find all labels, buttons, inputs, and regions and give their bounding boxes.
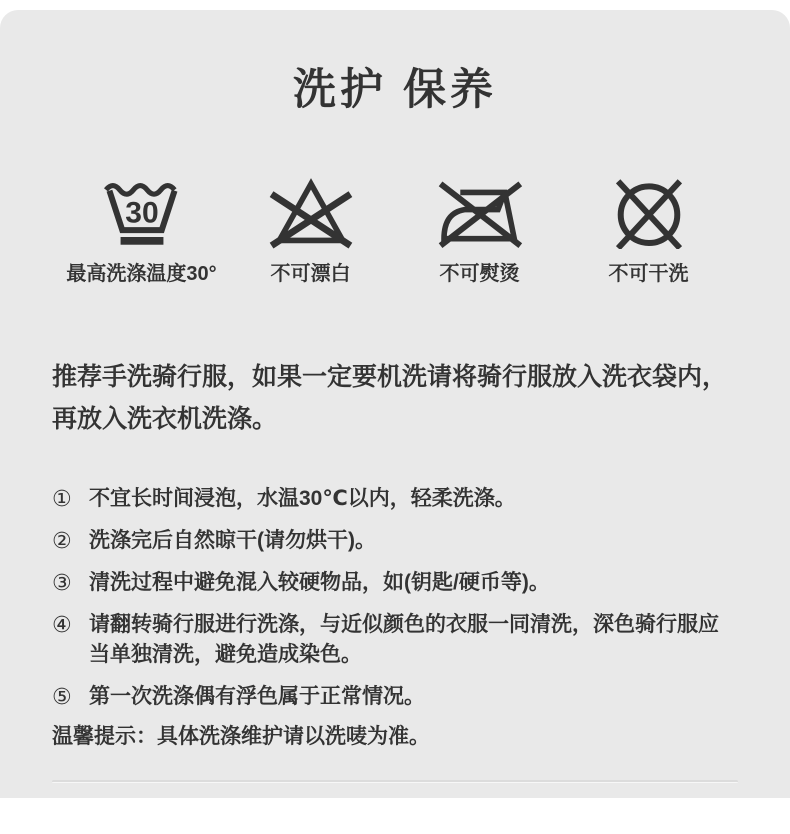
instruction-item: ③ 清洗过程中避免混入较硬物品，如(钥匙/硬币等)。 xyxy=(52,568,738,598)
instruction-text: 请翻转骑行服进行洗涤，与近似颜色的衣服一同清洗，深色骑行服应当单独清洗，避免造成… xyxy=(89,610,729,670)
care-symbol-label: 不可干洗 xyxy=(609,257,689,286)
care-instructions-list: ① 不宜长时间浸泡，水温30℃以内，轻柔洗涤。 ② 洗涤完后自然晾干(请勿烘干)… xyxy=(52,484,738,712)
instruction-number: ② xyxy=(52,526,89,556)
instruction-text: 洗涤完后自然晾干(请勿烘干)。 xyxy=(89,526,376,556)
instruction-number: ④ xyxy=(52,610,89,640)
wash-temp-value: 30 xyxy=(125,196,158,229)
care-symbol-label: 最高洗涤温度30° xyxy=(66,257,216,286)
instruction-text: 第一次洗涤偶有浮色属于正常情况。 xyxy=(89,682,425,712)
section-title: 洗护 保养 xyxy=(52,10,738,115)
care-symbol-label: 不可熨烫 xyxy=(440,257,520,286)
no-dry-clean-icon xyxy=(606,177,692,249)
section-divider xyxy=(52,780,738,783)
instruction-text: 清洗过程中避免混入较硬物品，如(钥匙/硬币等)。 xyxy=(89,568,550,598)
wash-30-icon: 30 xyxy=(99,177,185,249)
instruction-number: ① xyxy=(52,484,89,514)
care-symbol-no-bleach: 不可漂白 xyxy=(226,177,395,286)
instruction-text: 不宜长时间浸泡，水温30℃以内，轻柔洗涤。 xyxy=(89,484,516,514)
no-iron-icon xyxy=(437,177,523,249)
instruction-item: ① 不宜长时间浸泡，水温30℃以内，轻柔洗涤。 xyxy=(52,484,738,514)
instruction-number: ⑤ xyxy=(52,682,89,712)
previous-card-gap xyxy=(0,0,790,10)
next-card-top xyxy=(0,798,790,834)
care-symbol-no-iron: 不可熨烫 xyxy=(395,177,564,286)
care-instructions-section: 洗护 保养 30 最高洗涤温度30° 不可漂白 不可熨烫 xyxy=(0,10,790,798)
intro-text: 推荐手洗骑行服，如果一定要机洗请将骑行服放入洗衣袋内，再放入洗衣机洗涤。 xyxy=(52,356,738,440)
instruction-item: ② 洗涤完后自然晾干(请勿烘干)。 xyxy=(52,526,738,556)
care-symbol-label: 不可漂白 xyxy=(271,257,351,286)
care-symbol-no-dry-clean: 不可干洗 xyxy=(564,177,733,286)
care-symbols-row: 30 最高洗涤温度30° 不可漂白 不可熨烫 不可干洗 xyxy=(52,177,738,286)
care-symbol-wash-30: 30 最高洗涤温度30° xyxy=(57,177,226,286)
notice-text: 温馨提示：具体洗涤维护请以洗唛为准。 xyxy=(52,724,738,750)
instruction-number: ③ xyxy=(52,568,89,598)
instruction-item: ⑤ 第一次洗涤偶有浮色属于正常情况。 xyxy=(52,682,738,712)
instruction-item: ④ 请翻转骑行服进行洗涤，与近似颜色的衣服一同清洗，深色骑行服应当单独清洗，避免… xyxy=(52,610,738,670)
no-bleach-icon xyxy=(268,177,354,249)
